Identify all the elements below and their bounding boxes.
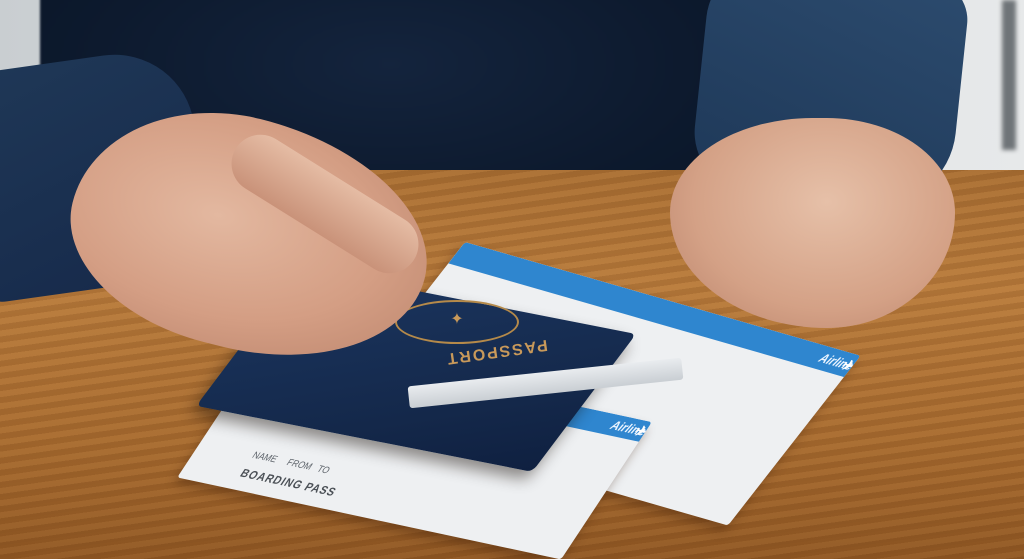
eagle-seal-icon: ✦ [395,300,519,344]
photo-scene: Airline ✈ FLIGHT GATE SEAT NAME FROM TO … [0,0,1024,559]
background-door-frame [1002,0,1016,150]
